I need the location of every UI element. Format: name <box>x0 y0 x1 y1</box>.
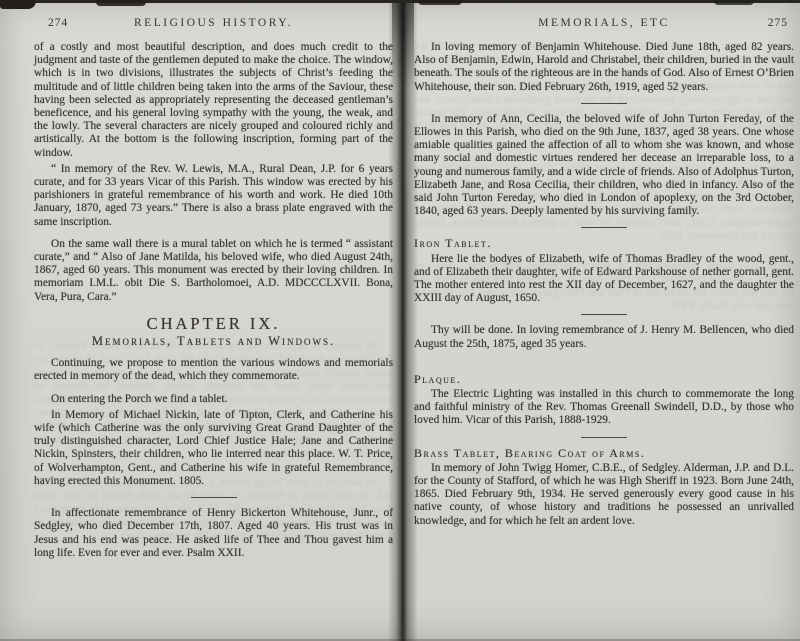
page-number: 275 <box>768 17 788 29</box>
paragraph: of a costly and most beautiful descripti… <box>34 41 393 160</box>
page-header: 274 RELIGIOUS HISTORY. <box>34 17 393 32</box>
chapter-subheading: Memorials, Tablets and Windows. <box>34 335 393 348</box>
paragraph: In loving memory of Benjamin Whitehouse.… <box>414 41 794 94</box>
paragraph: Continuing, we propose to mention the va… <box>34 357 393 383</box>
paragraph: In Memory of Michael Nickin, late of Tip… <box>34 409 393 488</box>
divider-rule <box>581 314 627 315</box>
section-heading-iron-tablet: Iron Tablet. <box>414 237 794 250</box>
page-left: In memory of Ann, Cecilia, the beloved w… <box>34 0 393 641</box>
paragraph: On the same wall there is a mural tablet… <box>34 238 393 304</box>
page-right: of a costly and most beautiful descripti… <box>414 0 794 641</box>
scan-edge-artifact <box>0 0 36 9</box>
running-head: RELIGIOUS HISTORY. <box>34 17 393 29</box>
book-gutter-shadow-top <box>392 0 414 90</box>
scan-edge-artifact <box>96 0 146 6</box>
divider-rule <box>581 437 627 438</box>
running-head: MEMORIALS, ETC <box>414 17 794 29</box>
divider-rule <box>581 103 627 104</box>
paragraph: Thy will be done. In loving remembrance … <box>414 324 794 350</box>
scan-edge-artifact <box>418 0 462 5</box>
book-scan: In memory of Ann, Cecilia, the beloved w… <box>0 0 800 641</box>
paragraph: In affectionate remembrance of Henry Bic… <box>34 507 393 560</box>
paragraph: Here lie the bodyes of Elizabeth, wife o… <box>414 253 794 306</box>
section-heading-plaque: Plaque. <box>414 373 794 386</box>
paragraph: In memory of John Twigg Homer, C.B.E., o… <box>414 462 794 528</box>
scan-edge-artifact <box>714 0 754 5</box>
divider-rule <box>581 227 627 228</box>
paragraph: In memory of Ann, Cecilia, the beloved w… <box>414 113 794 219</box>
section-heading-brass-tablet: Brass Tablet, Bearing Coat of Arms. <box>414 447 794 460</box>
page-body: In loving memory of Benjamin Whitehouse.… <box>414 41 794 528</box>
paragraph: The Electric Lighting was installed in t… <box>414 388 794 428</box>
chapter-heading: CHAPTER IX. <box>34 317 393 330</box>
paragraph: On entering the Porch we find a tablet. <box>34 393 393 406</box>
divider-rule <box>191 497 237 498</box>
page-header: MEMORIALS, ETC 275 <box>414 17 794 32</box>
page-body: of a costly and most beautiful descripti… <box>34 41 393 560</box>
paragraph: “ In memory of the Rev. W. Lewis, M.A., … <box>34 163 393 229</box>
